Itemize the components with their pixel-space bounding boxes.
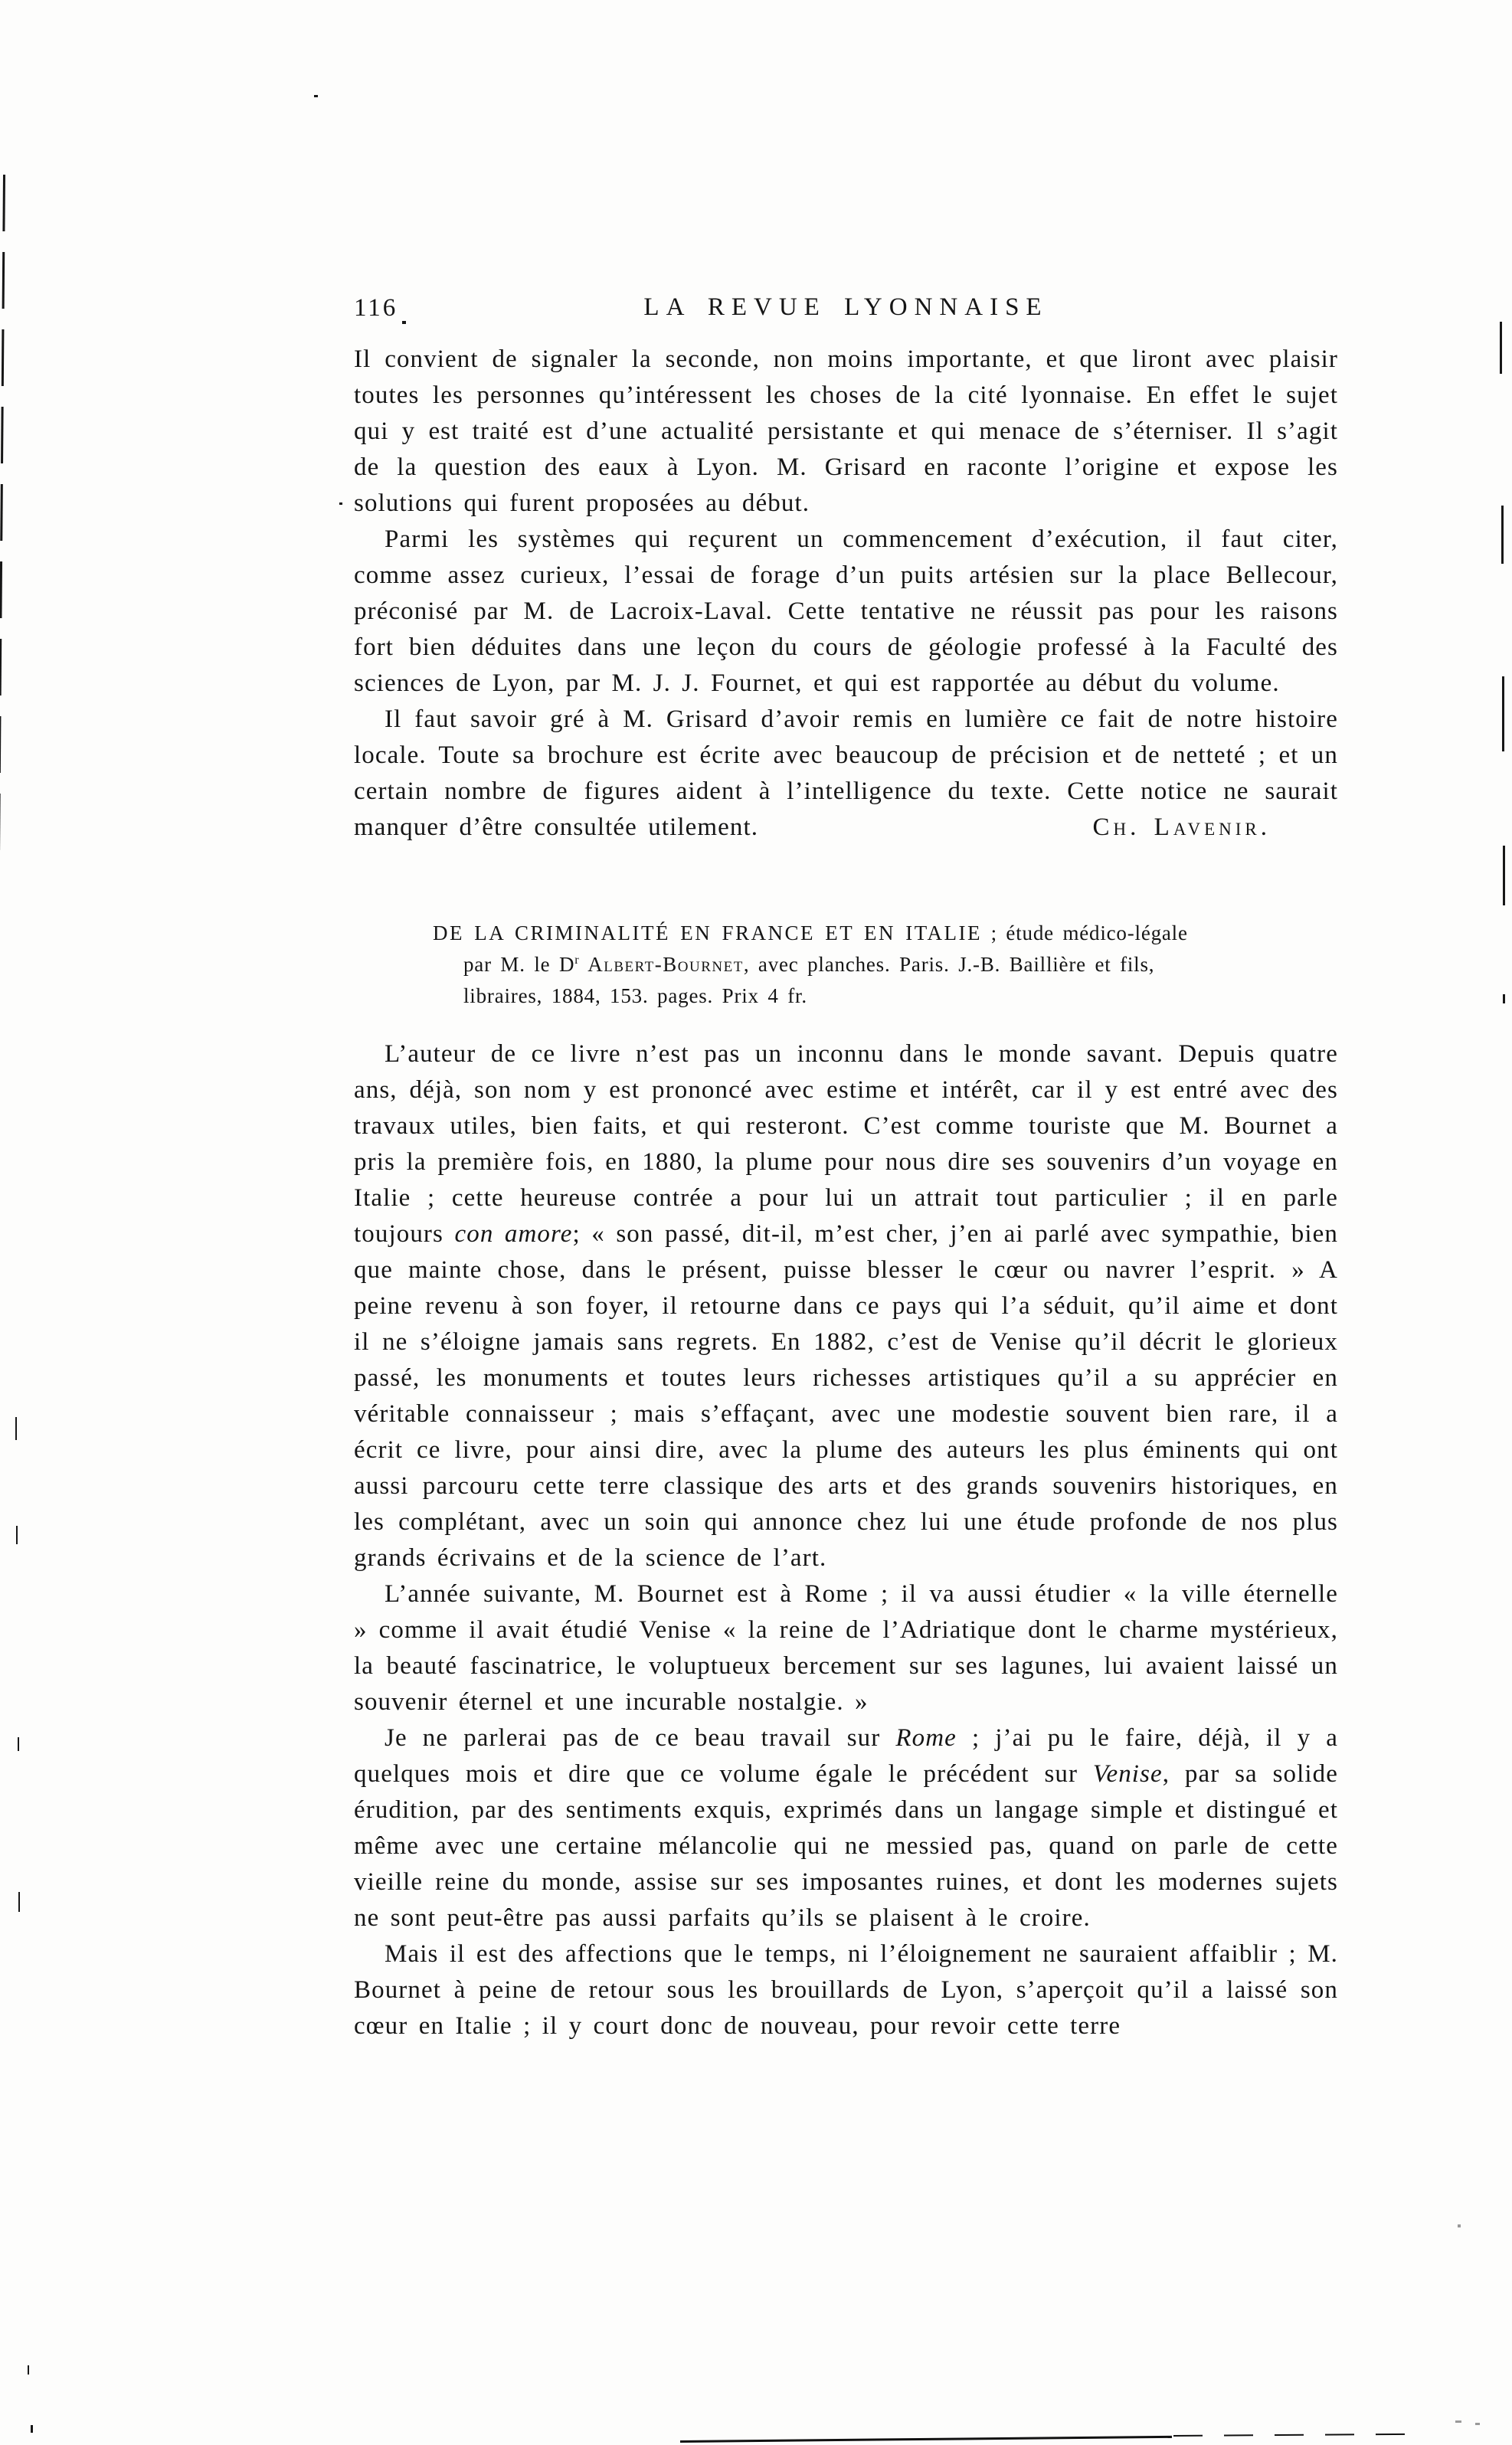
page-number: 116 bbox=[354, 294, 398, 322]
scan-speck bbox=[1458, 2224, 1461, 2227]
scan-speck bbox=[1455, 2420, 1461, 2423]
citation-publisher: , avec planches. Paris. J.-B. Baillière … bbox=[744, 953, 1155, 976]
scan-speck bbox=[339, 502, 342, 505]
scan-speck bbox=[314, 95, 318, 97]
paragraph: L’auteur de ce livre n’est pas un inconn… bbox=[354, 1036, 1338, 1576]
citation-title: DE LA CRIMINALITÉ EN FRANCE ET EN ITALIE bbox=[433, 921, 982, 944]
scan-gutter-dash bbox=[16, 1526, 18, 1544]
scan-speck bbox=[31, 2425, 33, 2433]
scan-gutter-dash bbox=[18, 1737, 19, 1751]
scan-speck bbox=[28, 2365, 29, 2375]
scan-edge-mark bbox=[1503, 994, 1505, 1003]
scan-edge-mark bbox=[1501, 506, 1504, 564]
citation-subtitle: ; étude médico-légale bbox=[982, 921, 1188, 944]
scan-edge-mark bbox=[1503, 846, 1505, 905]
scan-speck bbox=[469, 1419, 471, 1421]
review-grisard: Il convient de signaler la seconde, non … bbox=[354, 342, 1338, 846]
paragraph: Parmi les systèmes qui reçurent un comme… bbox=[354, 522, 1338, 702]
scan-gutter-dash bbox=[18, 1892, 20, 1912]
paragraph: Mais il est des affections que le temps,… bbox=[354, 1936, 1338, 2044]
book-citation: DE LA CRIMINALITÉ EN FRANCE ET EN ITALIE… bbox=[354, 918, 1338, 1012]
paragraph: L’année suivante, M. Bournet est à Rome … bbox=[354, 1576, 1338, 1720]
scan-edge-mark bbox=[1500, 322, 1502, 374]
page-header: 116 LA REVUE LYONNAISE bbox=[354, 293, 1338, 329]
review-bournet: DE LA CRIMINALITÉ EN FRANCE ET EN ITALIE… bbox=[354, 918, 1338, 2044]
review-grisard-text: Il convient de signaler la seconde, non … bbox=[354, 342, 1338, 846]
scan-gutter-line bbox=[0, 175, 5, 1370]
scan-speck bbox=[1475, 2423, 1480, 2425]
text-column: Il convient de signaler la seconde, non … bbox=[354, 342, 1338, 2044]
citation-author: Albert-Bournet bbox=[579, 953, 743, 976]
scan-bottom-line bbox=[680, 2436, 1172, 2443]
scan-gutter-dash bbox=[15, 1417, 17, 1440]
review-bournet-text: L’auteur de ce livre n’est pas un inconn… bbox=[354, 1036, 1338, 2044]
scan-bottom-line-dashes bbox=[1173, 2434, 1426, 2437]
reviewer-signature: Ch. Lavenir. bbox=[1093, 813, 1271, 841]
scanned-page: 116 LA REVUE LYONNAISE Il convient de si… bbox=[0, 0, 1512, 2445]
citation-byline: par M. le D bbox=[463, 953, 574, 976]
paragraph: Il convient de signaler la seconde, non … bbox=[354, 342, 1338, 522]
citation-imprint: libraires, 1884, 153. pages. Prix 4 fr. bbox=[463, 984, 807, 1007]
paragraph: Je ne parlerai pas de ce beau travail su… bbox=[354, 1720, 1338, 1936]
journal-title: LA REVUE LYONNAISE bbox=[354, 293, 1338, 322]
scan-speck bbox=[402, 321, 406, 324]
scan-edge-mark bbox=[1502, 676, 1504, 751]
